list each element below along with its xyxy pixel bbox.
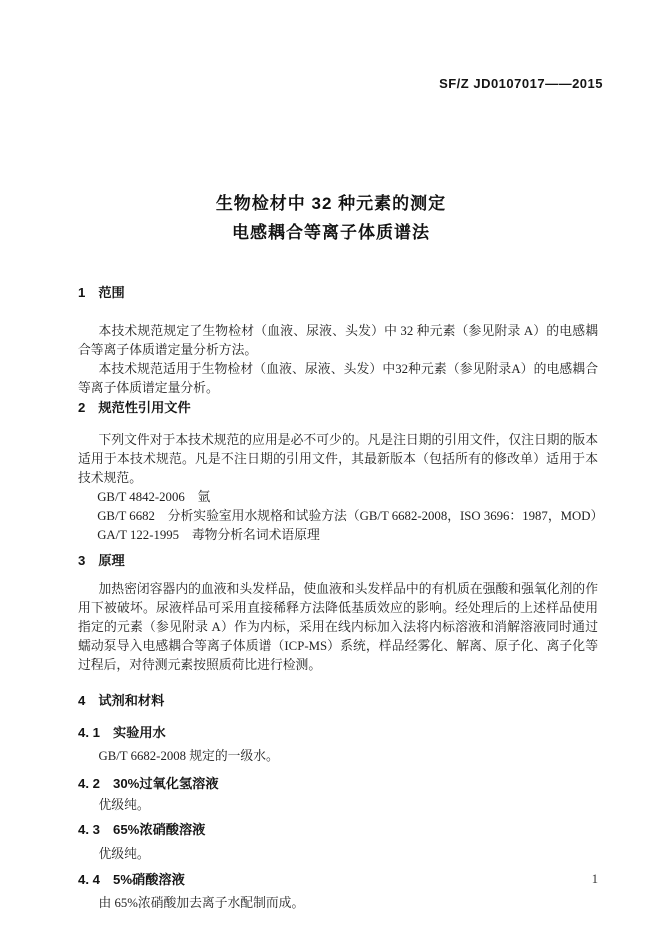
section-4-3-title: 65%浓硝酸溶液	[113, 822, 205, 837]
section-4-4-title: 5%硝酸溶液	[113, 872, 185, 887]
page-number: 1	[592, 872, 598, 887]
section-3-paragraph-1: 加热密闭容器内的血液和头发样品，使血液和头发样品中的有机质在强酸和强氧化剂的作用…	[78, 580, 598, 675]
section-3-title: 原理	[98, 553, 124, 568]
doc-title-line-1: 生物检材中 32 种元素的测定	[0, 189, 662, 218]
section-4-heading: 4试剂和材料	[78, 691, 598, 710]
document-page: SF/Z JD0107017——2015 生物检材中 32 种元素的测定 电感耦…	[0, 0, 662, 936]
section-4-4-paragraph: 由 65%浓硝酸加去离子水配制而成。	[78, 894, 598, 913]
section-4-1-title: 实验用水	[113, 725, 166, 740]
section-1-title: 范围	[98, 285, 124, 300]
reference-item-2: GB/T 6682 分析实验室用水规格和试验方法（GB/T 6682-2008，…	[78, 507, 598, 526]
section-4-1-paragraph: GB/T 6682-2008 规定的一级水。	[78, 747, 598, 766]
section-4-title: 试剂和材料	[98, 693, 164, 708]
doc-title-line-2: 电感耦合等离子体质谱法	[0, 218, 662, 247]
section-4-4-number: 4. 4	[78, 870, 100, 889]
section-2-title: 规范性引用文件	[98, 400, 190, 415]
reference-item-1: GB/T 4842-2006 氩	[78, 488, 598, 507]
reference-item-3: GA/T 122-1995 毒物分析名词术语原理	[78, 526, 598, 545]
section-4-2-heading: 4. 230%过氧化氢溶液	[78, 774, 598, 793]
section-2-heading: 2规范性引用文件	[78, 398, 598, 417]
section-4-3-heading: 4. 365%浓硝酸溶液	[78, 820, 598, 839]
section-4-2-title: 30%过氧化氢溶液	[113, 776, 219, 791]
section-1-number: 1	[78, 283, 85, 302]
section-4-2-paragraph: 优级纯。	[78, 796, 598, 815]
section-4-4-heading: 4. 45%硝酸溶液	[78, 870, 598, 889]
section-1-heading: 1范围	[78, 283, 598, 302]
section-3-heading: 3原理	[78, 551, 598, 570]
section-4-3-number: 4. 3	[78, 820, 100, 839]
section-4-1-number: 4. 1	[78, 723, 100, 742]
section-2-number: 2	[78, 398, 85, 417]
section-4-number: 4	[78, 691, 85, 710]
document-body: 1范围 本技术规范规定了生物检材（血液、尿液、头发）中 32 种元素（参见附录 …	[78, 283, 598, 913]
section-4-1-heading: 4. 1实验用水	[78, 723, 598, 742]
section-1-paragraph-1: 本技术规范规定了生物检材（血液、尿液、头发）中 32 种元素（参见附录 A）的电…	[78, 322, 598, 360]
section-2-paragraph-1: 下列文件对于本技术规范的应用是必不可少的。凡是注日期的引用文件，仅注日期的版本适…	[78, 431, 598, 488]
section-3-number: 3	[78, 551, 85, 570]
doc-code: SF/Z JD0107017——2015	[439, 76, 603, 91]
section-4-2-number: 4. 2	[78, 774, 100, 793]
doc-title: 生物检材中 32 种元素的测定 电感耦合等离子体质谱法	[0, 189, 662, 247]
section-1-paragraph-2: 本技术规范适用于生物检材（血液、尿液、头发）中32种元素（参见附录A）的电感耦合…	[78, 360, 598, 398]
section-4-3-paragraph: 优级纯。	[78, 845, 598, 864]
